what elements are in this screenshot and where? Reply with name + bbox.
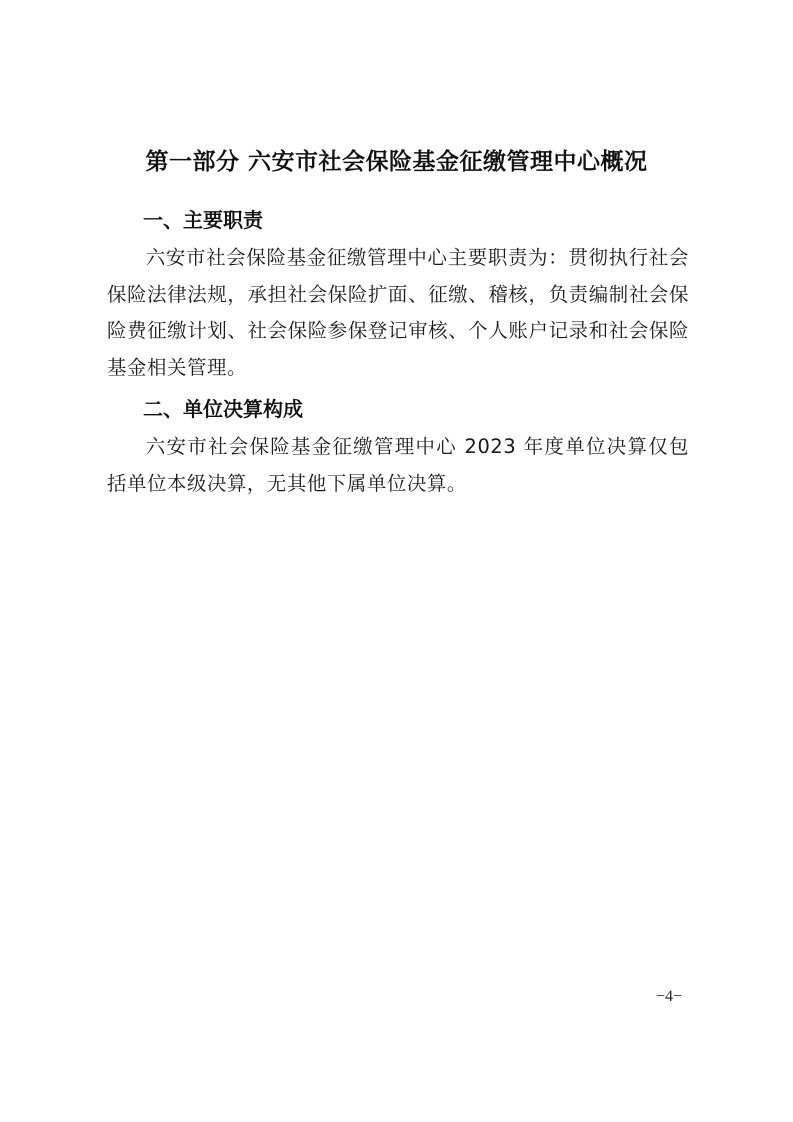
page-number: −4− — [656, 988, 682, 1006]
section-heading-main-duties: 一、主要职责 — [143, 205, 263, 235]
section-heading-budget-composition: 二、单位决算构成 — [143, 394, 303, 424]
paragraph-budget-composition: 六安市社会保险基金征缴管理中心 2023 年度单位决算仅包括单位本级决算，无其他… — [107, 429, 689, 502]
page-title: 第一部分 六安市社会保险基金征缴管理中心概况 — [0, 146, 793, 178]
paragraph-main-duties: 六安市社会保险基金征缴管理中心主要职责为：贯彻执行社会保险法律法规，承担社会保险… — [107, 240, 689, 386]
